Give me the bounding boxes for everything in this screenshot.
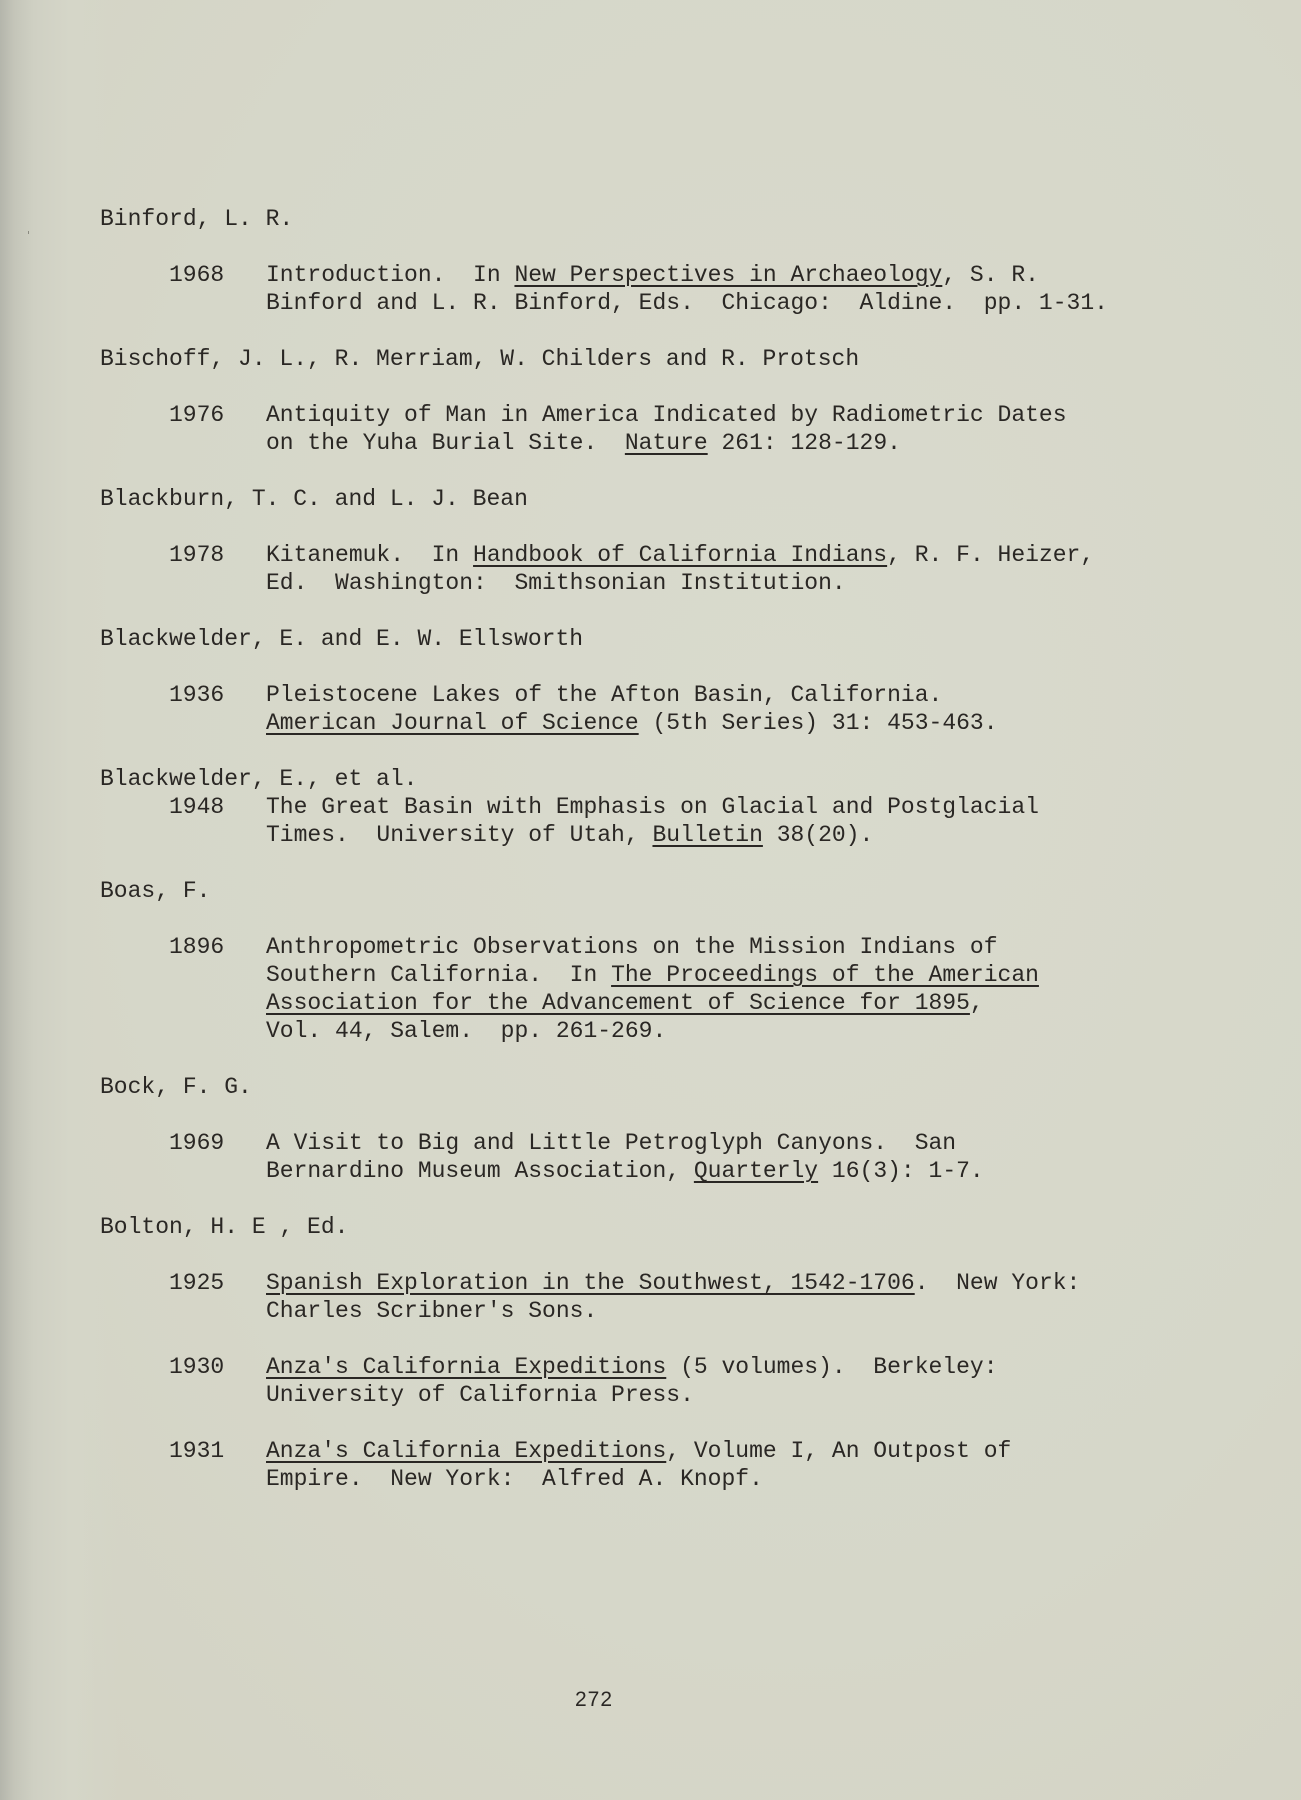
work-spacer [100, 513, 1250, 541]
citation-line: Anthropometric Observations on the Missi… [266, 933, 1039, 961]
citation-segment: . New York: [915, 1270, 1081, 1296]
work-citation: 1978Kitanemuk. In Handbook of California… [169, 541, 1250, 597]
entry-spacer [100, 1045, 1250, 1073]
citation-segment: Kitanemuk. In [266, 542, 473, 568]
citation-line: The Great Basin with Emphasis on Glacial… [266, 793, 1039, 821]
citation-text: Kitanemuk. In Handbook of California Ind… [266, 541, 1094, 597]
entry-spacer [100, 849, 1250, 877]
bib-entry: Bischoff, J. L., R. Merriam, W. Childers… [100, 345, 1250, 457]
citation-segment: Bernardino Museum Association, [266, 1158, 694, 1184]
underlined-title: Nature [625, 430, 708, 456]
bibliography-list: Binford, L. R.1968Introduction. In New P… [100, 205, 1250, 1493]
citation-segment: (5 volumes). Berkeley: [666, 1354, 997, 1380]
work-year: 1936 [169, 681, 266, 737]
underlined-title: Anza's California Expeditions [266, 1438, 666, 1464]
citation-text: A Visit to Big and Little Petroglyph Can… [266, 1129, 984, 1185]
citation-segment: Binford and L. R. Binford, Eds. Chicago:… [266, 290, 1108, 316]
work-citation: 1931Anza's California Expeditions, Volum… [169, 1437, 1250, 1493]
entry-author: Bock, F. G. [100, 1073, 1250, 1101]
citation-segment: , R. F. Heizer, [887, 542, 1094, 568]
citation-segment: Empire. New York: Alfred A. Knopf. [266, 1466, 763, 1492]
entry-author: Bischoff, J. L., R. Merriam, W. Childers… [100, 345, 1250, 373]
citation-line: A Visit to Big and Little Petroglyph Can… [266, 1129, 984, 1157]
work-year: 1978 [169, 541, 266, 597]
work-year: 1976 [169, 401, 266, 457]
citation-segment: The Great Basin with Emphasis on Glacial… [266, 794, 1039, 820]
citation-line: Kitanemuk. In Handbook of California Ind… [266, 541, 1094, 569]
work-spacer [100, 653, 1250, 681]
citation-text: Anthropometric Observations on the Missi… [266, 933, 1039, 1045]
citation-segment: Times. University of Utah, [266, 822, 652, 848]
work-spacer [100, 1241, 1250, 1269]
citation-segment: , Volume I, An Outpost of [666, 1438, 1011, 1464]
work-spacer [100, 905, 1250, 933]
underlined-title: New Perspectives in Archaeology [514, 262, 942, 288]
bib-entry: Bolton, H. E , Ed.1925Spanish Exploratio… [100, 1213, 1250, 1493]
citation-text: Spanish Exploration in the Southwest, 15… [266, 1269, 1080, 1325]
work-year: 1930 [169, 1353, 266, 1409]
entry-author: Blackburn, T. C. and L. J. Bean [100, 485, 1250, 513]
page-number: 272 [0, 1688, 1188, 1712]
bib-entry: Boas, F.1896Anthropometric Observations … [100, 877, 1250, 1045]
citation-line: Binford and L. R. Binford, Eds. Chicago:… [266, 289, 1108, 317]
citation-segment: Ed. Washington: Smithsonian Institution. [266, 570, 846, 596]
citation-line: Association for the Advancement of Scien… [266, 989, 1039, 1017]
entry-spacer [100, 597, 1250, 625]
citation-text: Antiquity of Man in America Indicated by… [266, 401, 1067, 457]
work-year: 1925 [169, 1269, 266, 1325]
work-year: 1948 [169, 793, 266, 849]
work-citation: 1948The Great Basin with Emphasis on Gla… [169, 793, 1250, 849]
entry-spacer [100, 1185, 1250, 1213]
citation-segment: Anthropometric Observations on the Missi… [266, 934, 998, 960]
work-spacer [100, 1101, 1250, 1129]
work-spacer [100, 373, 1250, 401]
citation-segment: , S. R. [942, 262, 1039, 288]
work-citation: 1976Antiquity of Man in America Indicate… [169, 401, 1250, 457]
citation-segment: on the Yuha Burial Site. [266, 430, 625, 456]
entry-spacer [100, 737, 1250, 765]
citation-text: Introduction. In New Perspectives in Arc… [266, 261, 1108, 317]
citation-text: Pleistocene Lakes of the Afton Basin, Ca… [266, 681, 998, 737]
citation-segment: University of California Press. [266, 1382, 694, 1408]
work-citation: 1925Spanish Exploration in the Southwest… [169, 1269, 1250, 1325]
citation-line: Introduction. In New Perspectives in Arc… [266, 261, 1108, 289]
citation-line: Pleistocene Lakes of the Afton Basin, Ca… [266, 681, 998, 709]
citation-line: Southern California. In The Proceedings … [266, 961, 1039, 989]
citation-line: Ed. Washington: Smithsonian Institution. [266, 569, 1094, 597]
entry-author: Boas, F. [100, 877, 1250, 905]
entry-author: Bolton, H. E , Ed. [100, 1213, 1250, 1241]
underlined-title: The Proceedings of the American [611, 962, 1039, 988]
entry-author: Blackwelder, E. and E. W. Ellsworth [100, 625, 1250, 653]
underlined-title: Bulletin [652, 822, 762, 848]
citation-line: Vol. 44, Salem. pp. 261-269. [266, 1017, 1039, 1045]
work-spacer [100, 1325, 1250, 1353]
work-year: 1931 [169, 1437, 266, 1493]
entry-author: Binford, L. R. [100, 205, 1250, 233]
work-citation: 1930Anza's California Expeditions (5 vol… [169, 1353, 1250, 1409]
citation-segment: Pleistocene Lakes of the Afton Basin, Ca… [266, 682, 942, 708]
citation-line: Spanish Exploration in the Southwest, 15… [266, 1269, 1080, 1297]
bib-entry: Bock, F. G.1969A Visit to Big and Little… [100, 1073, 1250, 1185]
underlined-title: Association for the Advancement of Scien… [266, 990, 970, 1016]
underlined-title: Spanish Exploration in the Southwest, 15… [266, 1270, 915, 1296]
citation-line: Antiquity of Man in America Indicated by… [266, 401, 1067, 429]
citation-segment: 16(3): 1-7. [818, 1158, 984, 1184]
entry-spacer [100, 317, 1250, 345]
citation-segment: 38(20). [763, 822, 873, 848]
citation-line: American Journal of Science (5th Series)… [266, 709, 998, 737]
bib-entry: Binford, L. R.1968Introduction. In New P… [100, 205, 1250, 317]
citation-line: Bernardino Museum Association, Quarterly… [266, 1157, 984, 1185]
work-citation: 1896Anthropometric Observations on the M… [169, 933, 1250, 1045]
bib-entry: Blackwelder, E., et al.1948The Great Bas… [100, 765, 1250, 849]
work-citation: 1968Introduction. In New Perspectives in… [169, 261, 1250, 317]
scan-speck [28, 231, 29, 234]
citation-text: Anza's California Expeditions, Volume I,… [266, 1437, 1011, 1493]
citation-line: Times. University of Utah, Bulletin 38(2… [266, 821, 1039, 849]
work-year: 1968 [169, 261, 266, 317]
citation-line: on the Yuha Burial Site. Nature 261: 128… [266, 429, 1067, 457]
citation-line: University of California Press. [266, 1381, 998, 1409]
citation-line: Anza's California Expeditions (5 volumes… [266, 1353, 998, 1381]
citation-segment: , [970, 990, 984, 1016]
citation-line: Empire. New York: Alfred A. Knopf. [266, 1465, 1011, 1493]
work-citation: 1936Pleistocene Lakes of the Afton Basin… [169, 681, 1250, 737]
underlined-title: Quarterly [694, 1158, 818, 1184]
work-year: 1969 [169, 1129, 266, 1185]
citation-line: Anza's California Expeditions, Volume I,… [266, 1437, 1011, 1465]
citation-segment: (5th Series) 31: 453-463. [639, 710, 998, 736]
citation-segment: Charles Scribner's Sons. [266, 1298, 597, 1324]
citation-segment: Antiquity of Man in America Indicated by… [266, 402, 1067, 428]
entry-spacer [100, 457, 1250, 485]
citation-segment: Southern California. In [266, 962, 611, 988]
underlined-title: American Journal of Science [266, 710, 639, 736]
citation-segment: Introduction. In [266, 262, 514, 288]
work-year: 1896 [169, 933, 266, 1045]
underlined-title: Handbook of California Indians [473, 542, 887, 568]
bib-entry: Blackburn, T. C. and L. J. Bean1978Kitan… [100, 485, 1250, 597]
citation-text: Anza's California Expeditions (5 volumes… [266, 1353, 998, 1409]
work-citation: 1969A Visit to Big and Little Petroglyph… [169, 1129, 1250, 1185]
citation-segment: 261: 128-129. [708, 430, 901, 456]
citation-segment: Vol. 44, Salem. pp. 261-269. [266, 1018, 666, 1044]
bib-entry: Blackwelder, E. and E. W. Ellsworth1936P… [100, 625, 1250, 737]
entry-author: Blackwelder, E., et al. [100, 765, 1250, 793]
citation-segment: A Visit to Big and Little Petroglyph Can… [266, 1130, 956, 1156]
work-spacer [100, 1409, 1250, 1437]
citation-text: The Great Basin with Emphasis on Glacial… [266, 793, 1039, 849]
work-spacer [100, 233, 1250, 261]
citation-line: Charles Scribner's Sons. [266, 1297, 1080, 1325]
underlined-title: Anza's California Expeditions [266, 1354, 666, 1380]
